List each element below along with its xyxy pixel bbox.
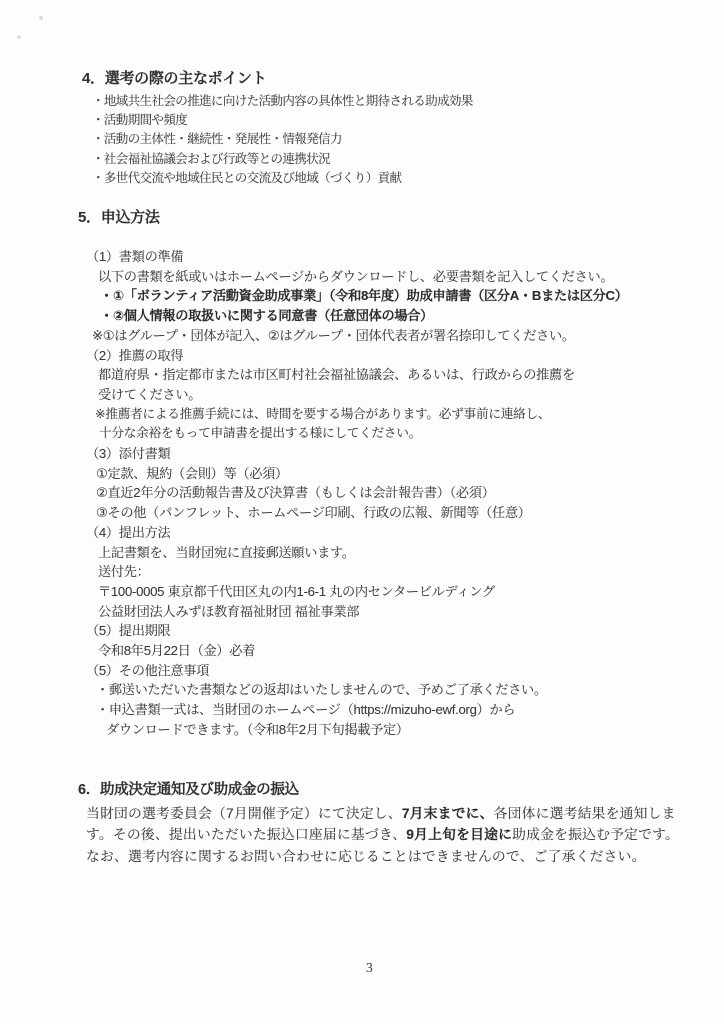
body-line: 当財団の選考委員会（7月開催予定）にて決定し、7月末までに、各団体に選考結果を通…: [86, 803, 679, 824]
bold-text-segment: 9月上旬を目途に: [406, 827, 512, 842]
item4-address-line2: 公益財団法人みずほ教育福祉財団 福祉事業部: [78, 602, 628, 622]
item2-note2: 十分な余裕をもって申請書を提出する様にしてください。: [78, 424, 628, 444]
text-segment: 助成金を振込む予定です。: [512, 827, 679, 842]
section6-body: 当財団の選考委員会（7月開催予定）にて決定し、7月末までに、各団体に選考結果を通…: [86, 803, 679, 867]
scanned-document-page: 4．選考の際の主なポイント ・地域共生社会の推進に向けた活動内容の具体性と期待さ…: [0, 0, 724, 1024]
section4-heading: 4．選考の際の主なポイント: [82, 70, 473, 88]
text-segment: 各団体に選考結果を通知しま: [494, 806, 676, 821]
scan-speck: [17, 35, 21, 39]
item3-label: （3）添付書類: [78, 444, 628, 464]
item1-label: （1）書類の準備: [78, 247, 628, 267]
item1-intro: 以下の書類を紙或いはホームページからダウンロードし、必要書類を記入してください。: [78, 267, 628, 287]
text-segment: す。その後、提出いただいた振込口座届に基づき、: [86, 827, 406, 842]
bold-text-segment: 7月末までに、: [402, 806, 494, 821]
item4-label: （4）提出方法: [78, 523, 628, 543]
item2-body2: 受けてください。: [78, 385, 628, 405]
item4-send-to-label: 送付先：: [78, 562, 628, 582]
item1-doc2: ・②個人情報の取扱いに関する同意書（任意団体の場合）: [78, 306, 628, 326]
item2-label: （2）推薦の取得: [78, 346, 628, 366]
item2-note1: ※推薦者による推薦手続には、時間を要する場合があります。必ず事前に連絡し、: [78, 405, 628, 425]
item6-note1: ・郵送いただいた書類などの返却はいたしませんので、予めご了承ください。: [78, 680, 628, 700]
body-line: なお、選考内容に関するお問い合わせに応じることはできませんので、ご了承ください。: [86, 846, 679, 867]
section6-heading: 6．助成決定通知及び助成金の振込: [78, 781, 679, 800]
item4-body: 上記書類を、当財団宛に直接郵送願います。: [78, 543, 628, 563]
section5-heading: 5．申込方法: [78, 209, 160, 227]
item4-address-line1: 〒100-0005 東京都千代田区丸の内1-6-1 丸の内センタービルディング: [78, 582, 628, 602]
item6-label: （5）その他注意事項: [78, 661, 628, 681]
list-item: ・地域共生社会の推進に向けた活動内容の具体性と期待される助成効果: [92, 92, 473, 111]
item1-note: ※①はグループ・団体が記入、②はグループ・団体代表者が署名捺印してください。: [78, 326, 628, 346]
section-application-method: （1）書類の準備 以下の書類を紙或いはホームページからダウンロードし、必要書類を…: [78, 247, 628, 740]
section-selection-points: 4．選考の際の主なポイント ・地域共生社会の推進に向けた活動内容の具体性と期待さ…: [82, 70, 473, 188]
item2-body1: 都道府県・指定都市または市区町村社会福祉協議会、あるいは、行政からの推薦を: [78, 365, 628, 385]
list-item: ・社会福祉協議会および行政等との連携状況: [92, 150, 473, 169]
list-item: ・活動期間や頻度: [92, 111, 473, 130]
item6-note2-line2: ダウンロードできます。（令和8年2月下旬掲載予定）: [78, 720, 628, 740]
selection-points-list: ・地域共生社会の推進に向けた活動内容の具体性と期待される助成効果 ・活動期間や頻…: [92, 92, 473, 188]
item1-doc1: ・①「ボランティア活動資金助成事業」（令和8年度）助成申請書（区分A・Bまたは区…: [78, 286, 628, 306]
item5-label: （5）提出期限: [78, 621, 628, 641]
scan-speck: [39, 16, 43, 20]
item5-deadline: 令和8年5月22日（金）必着: [78, 641, 628, 661]
page-number: 3: [366, 960, 373, 976]
section-grant-decision: 6．助成決定通知及び助成金の振込 当財団の選考委員会（7月開催予定）にて決定し、…: [78, 781, 679, 867]
text-segment: 当財団の選考委員会（7月開催予定）にて決定し、: [86, 806, 402, 821]
item6-note2-line1: ・申込書類一式は、当財団のホームページ（https://mizuho-ewf.o…: [78, 700, 628, 720]
item3-doc2: ②直近2年分の活動報告書及び決算書（もしくは会計報告書）（必須）: [78, 483, 628, 503]
list-item: ・多世代交流や地域住民との交流及び地域（づくり）貢献: [92, 169, 473, 188]
item3-doc3: ③その他（パンフレット、ホームページ印刷、行政の広報、新聞等（任意）: [78, 503, 628, 523]
item3-doc1: ①定款、規約（会則）等（必須）: [78, 464, 628, 484]
list-item: ・活動の主体性・継続性・発展性・情報発信力: [92, 130, 473, 149]
body-line: す。その後、提出いただいた振込口座届に基づき、9月上旬を目途に助成金を振込む予定…: [86, 824, 679, 845]
